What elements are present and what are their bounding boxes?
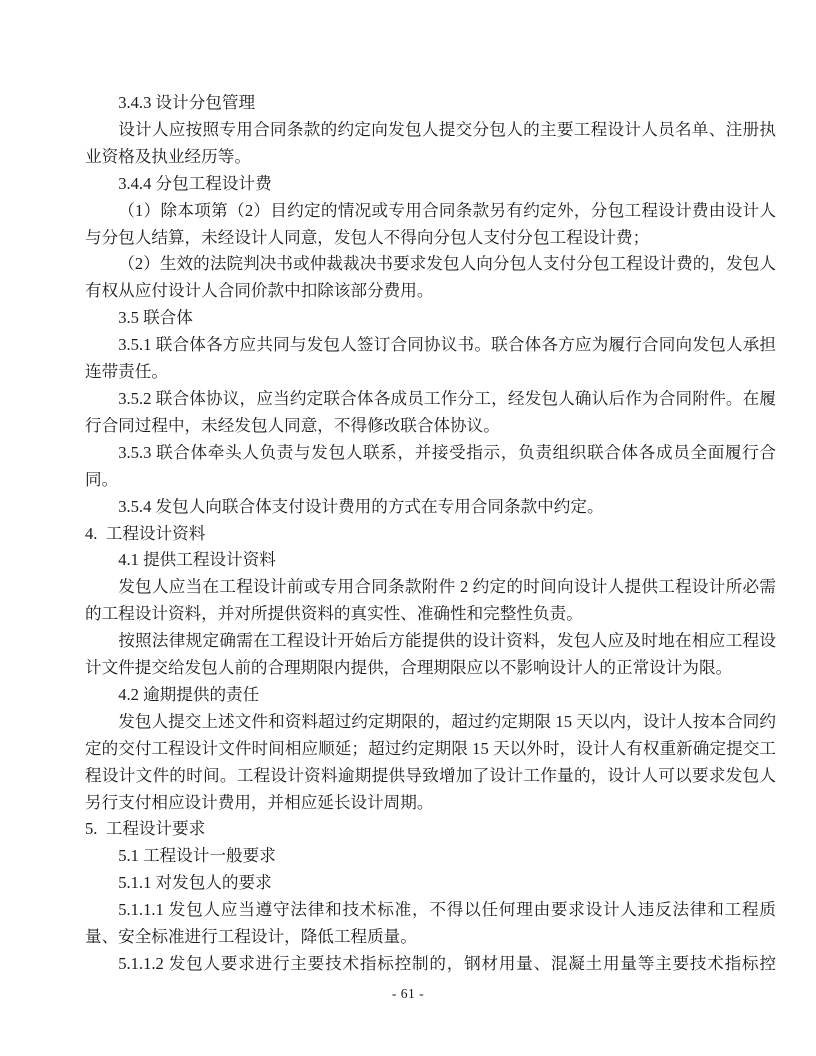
paragraph: 3.5 联合体: [85, 305, 776, 332]
paragraph: （1）除本项第（2）目约定的情况或专用合同条款另有约定外，分包工程设计费由设计人…: [85, 198, 776, 252]
paragraph: 4.1 提供工程设计资料: [85, 547, 776, 574]
paragraph: 4.2 逾期提供的责任: [85, 682, 776, 709]
page-number: - 61 -: [0, 986, 816, 1002]
paragraph: 发包人提交上述文件和资料超过约定期限的，超过约定期限 15 天以内，设计人按本合…: [85, 709, 776, 817]
paragraph: 按照法律规定确需在工程设计开始后方能提供的设计资料，发包人应及时地在相应工程设计…: [85, 628, 776, 682]
paragraph: 5.1.1 对发包人的要求: [85, 870, 776, 897]
paragraph: 3.5.1 联合体各方应共同与发包人签订合同协议书。联合体各方应为履行合同向发包…: [85, 332, 776, 386]
paragraph: 5.1.1.1 发包人应当遵守法律和技术标准，不得以任何理由要求设计人违反法律和…: [85, 897, 776, 951]
paragraph: 5.1.1.2 发包人要求进行主要技术指标控制的，钢材用量、混凝土用量等主要技术…: [85, 951, 776, 978]
paragraph: 发包人应当在工程设计前或专用合同条款附件 2 约定的时间向设计人提供工程设计所必…: [85, 574, 776, 628]
paragraph: 3.5.2 联合体协议，应当约定联合体各成员工作分工，经发包人确认后作为合同附件…: [85, 386, 776, 440]
paragraph: 设计人应按照专用合同条款的约定向发包人提交分包人的主要工程设计人员名单、注册执业…: [85, 117, 776, 171]
paragraph: （2）生效的法院判决书或仲裁裁决书要求发包人向分包人支付分包工程设计费的，发包人…: [85, 251, 776, 305]
paragraph: 3.4.3 设计分包管理: [85, 90, 776, 117]
paragraph: 3.5.4 发包人向联合体支付设计费用的方式在专用合同条款中约定。: [85, 494, 776, 521]
paragraph: 5. 工程设计要求: [85, 816, 776, 843]
paragraph: 3.5.3 联合体牵头人负责与发包人联系，并接受指示，负责组织联合体各成员全面履…: [85, 440, 776, 494]
paragraph: 4. 工程设计资料: [85, 521, 776, 548]
document-page: 3.4.3 设计分包管理设计人应按照专用合同条款的约定向发包人提交分包人的主要工…: [0, 0, 816, 1056]
document-body: 3.4.3 设计分包管理设计人应按照专用合同条款的约定向发包人提交分包人的主要工…: [85, 90, 776, 978]
paragraph: 3.4.4 分包工程设计费: [85, 171, 776, 198]
paragraph: 5.1 工程设计一般要求: [85, 843, 776, 870]
